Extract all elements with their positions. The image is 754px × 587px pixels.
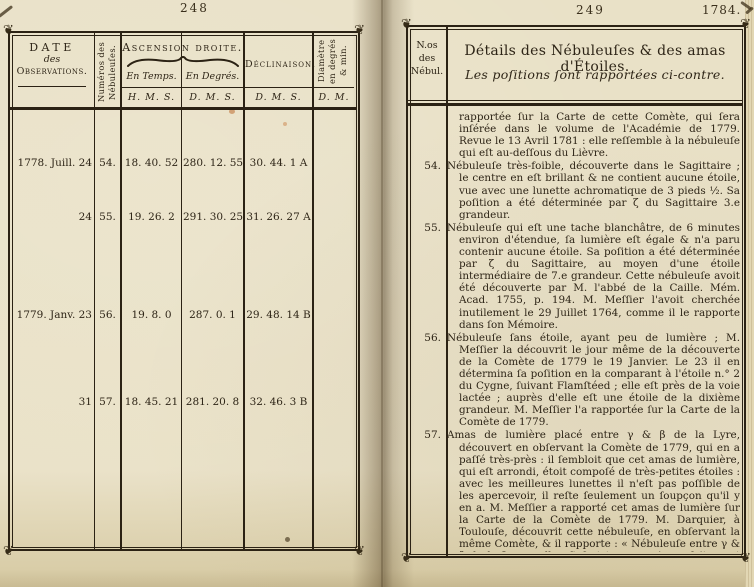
- corner-ornament-icon: ❦: [3, 24, 14, 37]
- folio-right: 249: [576, 3, 605, 17]
- corner-ornament-icon: ❦: [3, 545, 14, 558]
- entry-57: 57. Amas de lumière placé entre γ & β de…: [408, 429, 742, 552]
- header-nebul-line2: des: [408, 52, 446, 65]
- cell-degres: 291. 30. 25: [183, 211, 242, 223]
- entry-continuation: rapportée ſur la Carte de cette Comète, …: [408, 111, 742, 159]
- binding-crease: [381, 0, 383, 587]
- entry-number: 54.: [408, 160, 447, 172]
- table-row: 31 57. 18. 45. 21 281. 20. 8 32. 46. 3 B: [10, 396, 357, 410]
- cell-decl: 31. 26. 27 A: [246, 211, 311, 223]
- entry-54: 54. Nébuleuſe très-foible, découverte da…: [408, 160, 742, 220]
- corner-ornament-icon: ❦: [401, 18, 412, 31]
- cell-degres: 281. 20. 8: [183, 396, 242, 408]
- cell-date: 1779. Janv. 23: [12, 309, 92, 321]
- header-rule: [408, 100, 743, 101]
- header-date-title: DATE: [10, 42, 94, 54]
- header-bottom-rule: [408, 103, 743, 106]
- header-diametre: Diamètre en degrés & min.: [316, 35, 354, 87]
- header-nebul-col: N.os des Nébul.: [408, 39, 446, 78]
- header-ascension-title: Ascension droite.: [122, 42, 243, 54]
- header-numeros: Numéros des Nébuleuſes.: [96, 36, 119, 108]
- cell-degres: 280. 12. 55: [183, 157, 242, 169]
- header-en-temps: En Temps.: [122, 71, 181, 83]
- entry-text: Nébuleuſe ſans étoile, ayant peu de lumi…: [447, 332, 740, 429]
- entry-55: 55. Nébuleuſe qui eſt une tache blanchât…: [408, 222, 742, 331]
- entries-list: rapportée ſur la Carte de cette Comète, …: [408, 111, 742, 552]
- cell-num: 57.: [96, 396, 119, 408]
- table-row: 24 55. 19. 26. 2 291. 30. 25 31. 26. 27 …: [10, 211, 357, 225]
- corner-ornament-icon: ❦: [354, 24, 365, 37]
- header-date: DATE des Observations.: [10, 42, 94, 78]
- cell-temps: 19. 8. 0: [123, 309, 180, 321]
- entry-text: Amas de lumière placé entre γ & β de la …: [447, 429, 740, 552]
- entry-number: 55.: [408, 222, 447, 234]
- units-declinaison: D. M. S.: [245, 92, 312, 104]
- corner-ornament-icon: ❦: [401, 552, 412, 565]
- units-diametre: D. M.: [314, 92, 354, 104]
- header-bottom-rule: [10, 107, 357, 110]
- cell-date: 31: [12, 396, 92, 408]
- entry-number: 56.: [408, 332, 447, 344]
- header-nebul-line3: Nébul.: [408, 65, 446, 78]
- book-spread: 248 249 1784. ❦ ❦ ❦ ❦ DATE des Observati…: [0, 0, 754, 587]
- column-rule: [243, 33, 245, 549]
- header-en-degres: En Degrés.: [182, 71, 243, 83]
- column-rule: [120, 33, 122, 549]
- right-text-frame: ❦ ❦ ❦ ❦ N.os des Nébul. Détails des Nébu…: [406, 25, 746, 558]
- header-numeros-title: Numéros des Nébuleuſes.: [96, 36, 119, 108]
- header-date-sub: des: [10, 54, 94, 66]
- cell-degres: 287. 0. 1: [183, 309, 242, 321]
- cell-num: 56.: [96, 309, 119, 321]
- left-table-frame: ❦ ❦ ❦ ❦ DATE des Observations. Numéros d…: [8, 31, 360, 551]
- entry-56: 56. Nébuleuſe ſans étoile, ayant peu de …: [408, 332, 742, 429]
- cell-num: 54.: [96, 157, 119, 169]
- cell-date: 24: [12, 211, 92, 223]
- header-rule: [122, 87, 354, 88]
- cell-decl: 29. 48. 14 B: [246, 309, 311, 321]
- header-declinaison-title: Déclinaison.: [245, 59, 312, 71]
- cell-decl: 30. 44. 1 A: [246, 157, 311, 169]
- table-row: 1779. Janv. 23 56. 19. 8. 0 287. 0. 1 29…: [10, 309, 357, 323]
- entry-text: Nébuleuſe très-foible, découverte dans l…: [447, 160, 740, 220]
- brace-icon: [126, 56, 240, 68]
- cell-date: 1778. Juill. 24: [12, 157, 92, 169]
- cell-num: 55.: [96, 211, 119, 223]
- table-row: 1778. Juill. 24 54. 18. 40. 52 280. 12. …: [10, 157, 357, 171]
- cell-decl: 32. 46. 3 B: [246, 396, 311, 408]
- binding-gutter-shadow: [352, 0, 414, 587]
- page-fore-edge: [745, 0, 754, 587]
- cell-temps: 18. 40. 52: [123, 157, 180, 169]
- units-temps: H. M. S.: [122, 92, 181, 104]
- year-label: 1784.: [702, 3, 741, 17]
- entry-number: 57.: [408, 429, 447, 441]
- units-degres: D. M. S.: [182, 92, 243, 104]
- cell-temps: 19. 26. 2: [123, 211, 180, 223]
- entry-text: rapportée ſur la Carte de cette Comète, …: [447, 111, 740, 159]
- entry-text: Nébuleuſe qui eſt une tache blanchâtre, …: [447, 222, 740, 331]
- corner-ornament-icon: ❦: [740, 552, 751, 565]
- header-date-sub2: Observations.: [10, 66, 94, 78]
- column-rule: [94, 33, 95, 549]
- corner-ornament-icon: ❦: [354, 545, 365, 558]
- column-rule: [312, 33, 314, 549]
- corner-ornament-icon: ❦: [740, 18, 751, 31]
- page-curl-mark: [0, 5, 13, 18]
- header-rule: [18, 86, 86, 87]
- column-rule: [181, 33, 182, 549]
- header-nebul-line1: N.os: [408, 39, 446, 52]
- folio-left: 248: [180, 1, 209, 15]
- cell-temps: 18. 45. 21: [123, 396, 180, 408]
- page-subtitle: Les poſitions ſont rapportées ci-contre.: [450, 67, 740, 82]
- header-diametre-title: Diamètre en degrés & min.: [316, 35, 354, 87]
